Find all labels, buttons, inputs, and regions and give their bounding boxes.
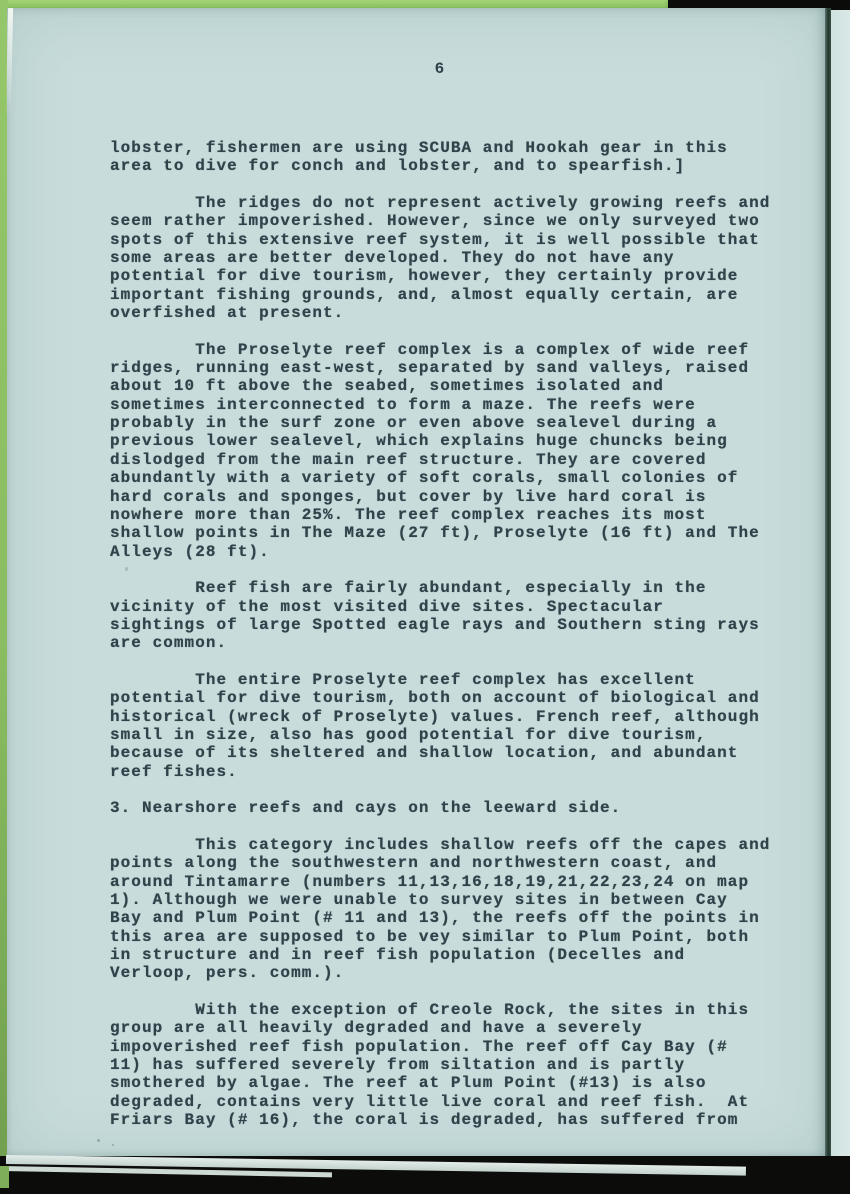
page-text-column: lobster, fishermen are using SCUBA and H… [110,139,790,1129]
body-paragraph: This category includes shallow reefs off… [110,836,790,983]
body-paragraph: Reef fish are fairly abundant, especiall… [110,579,790,652]
body-paragraph: The entire Proselyte reef complex has ex… [110,671,790,781]
page-number: 6 [110,60,770,78]
next-page-edge [831,10,850,1160]
scan-speck [112,1144,114,1146]
section-heading: 3. Nearshore reefs and cays on the leewa… [110,799,790,817]
scan-speck [97,1139,100,1142]
scan-speck [125,567,128,571]
book-cover-bottom-edge [0,1166,9,1188]
body-paragraph: The Proselyte reef complex is a complex … [110,341,790,561]
body-paragraph: With the exception of Creole Rock, the s… [110,1001,790,1129]
scanned-book-photo: 6 lobster, fishermen are using SCUBA and… [0,0,850,1194]
body-paragraph: The ridges do not represent actively gro… [110,194,790,322]
body-paragraph: lobster, fishermen are using SCUBA and H… [110,139,790,176]
